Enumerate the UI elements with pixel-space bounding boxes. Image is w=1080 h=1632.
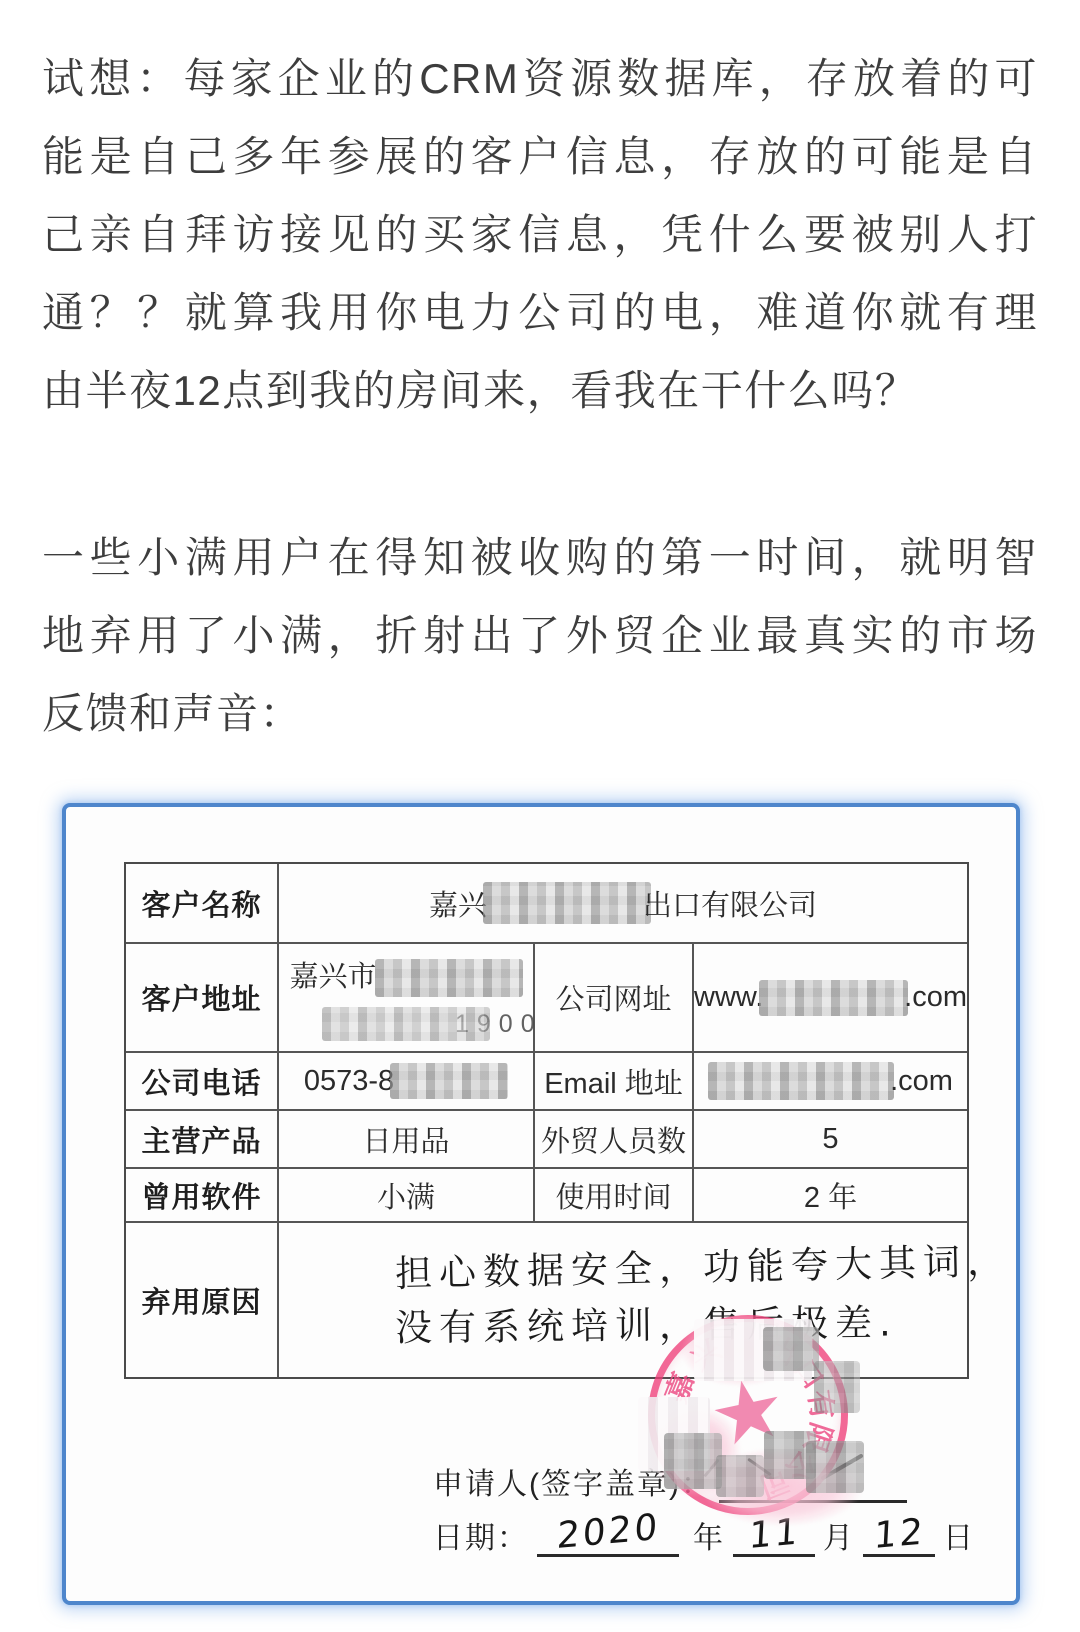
paragraph-line: 试想：每家企业的CRM资源数据库，存放着的可 (42, 40, 1038, 118)
phone-prefix: 0573-8 (304, 1065, 394, 1098)
redaction-block (322, 1007, 490, 1041)
paragraph-user-reaction: 一些小满用户在得知被收购的第一时间，就明智地弃用了小满，折射出了外贸企业最真实的… (42, 519, 1038, 753)
handwritten-day: 12 (873, 1515, 926, 1554)
address-line-1: 嘉兴市 (289, 954, 522, 997)
trade-staff-label: 外贸人员数 (535, 1111, 694, 1169)
abandon-reason-value: 担心数据安全，功能夸大其词， 没有系统培训，售后极差. (279, 1223, 967, 1377)
redaction-block (483, 882, 651, 924)
paragraph-line: 由半夜12点到我的房间来，看我在干什么吗？ (42, 352, 1038, 430)
main-products-label: 主营产品 (126, 1111, 279, 1169)
redaction-block (708, 1062, 894, 1100)
customer-address-value: 1900 嘉兴市 (279, 944, 535, 1053)
customer-name-label: 客户名称 (126, 864, 279, 944)
handwritten-reason-line-1: 担心数据安全，功能夸大其词， (394, 1233, 1011, 1304)
date-day-line: 12 (863, 1520, 935, 1557)
usage-time-value: 2 年 (694, 1169, 967, 1223)
blur-patch (716, 1455, 764, 1497)
date-row: 日期： 2020 年 11 月 12 日 (433, 1513, 975, 1557)
paragraph-line: 能是自己多年参展的客户信息，存放的可能是自 (42, 118, 1038, 196)
year-unit: 年 (693, 1513, 725, 1557)
used-software-value: 小满 (279, 1169, 535, 1223)
redaction-block (759, 980, 908, 1016)
customer-name-value: 嘉兴出口有限公司 (279, 864, 967, 944)
customer-feedback-table: 客户名称 嘉兴出口有限公司 客户地址 1900 嘉兴市 公司网址 (124, 862, 969, 1379)
handwritten-year: 2020 (556, 1511, 661, 1554)
blur-patch (763, 1327, 819, 1371)
paragraph-crm-argument: 试想：每家企业的CRM资源数据库，存放着的可能是自己多年参展的客户信息，存放的可… (42, 40, 1038, 430)
main-products-value: 日用品 (279, 1111, 535, 1169)
redaction-block (390, 1063, 508, 1099)
blur-patch (664, 1433, 722, 1489)
customer-name-prefix: 嘉兴 (429, 883, 487, 924)
scanned-form-paper: 客户名称 嘉兴出口有限公司 客户地址 1900 嘉兴市 公司网址 (66, 807, 1016, 1601)
trade-staff-value: 5 (694, 1111, 967, 1169)
paragraph-line: 通？？就算我用你电力公司的电，难道你就有理 (42, 274, 1038, 352)
date-label: 日期： (433, 1513, 529, 1557)
paragraph-line: 反馈和声音： (42, 675, 1038, 753)
website-prefix: www. (694, 981, 763, 1014)
date-year-line: 2020 (537, 1520, 679, 1557)
paragraph-line: 地弃用了小满，折射出了外贸企业最真实的市场 (42, 597, 1038, 675)
phone-label: 公司电话 (126, 1053, 279, 1111)
customer-name-suffix: 出口有限公司 (643, 883, 817, 924)
usage-time-label: 使用时间 (535, 1169, 694, 1223)
website-value: www..com (694, 944, 967, 1053)
website-suffix: .com (904, 981, 967, 1014)
abandon-reason-label: 弃用原因 (126, 1223, 279, 1377)
website-label: 公司网址 (535, 944, 694, 1053)
email-value: .com (694, 1053, 967, 1111)
day-unit: 日 (943, 1513, 975, 1557)
scanned-form-image: 客户名称 嘉兴出口有限公司 客户地址 1900 嘉兴市 公司网址 (62, 803, 1020, 1605)
email-suffix: .com (890, 1065, 953, 1098)
blur-patch (806, 1441, 864, 1493)
redaction-block (375, 959, 523, 997)
phone-value: 0573-8 (279, 1053, 535, 1111)
address-prefix: 嘉兴市 (289, 961, 376, 993)
email-label: Email 地址 (535, 1053, 694, 1111)
used-software-label: 曾用软件 (126, 1169, 279, 1223)
paragraph-line: 己亲自拜访接见的买家信息，凭什么要被别人打 (42, 196, 1038, 274)
article-page: 试想：每家企业的CRM资源数据库，存放着的可能是自己多年参展的客户信息，存放的可… (0, 0, 1080, 1632)
address-line-2 (322, 1007, 490, 1041)
customer-address-label: 客户地址 (126, 944, 279, 1053)
blur-patch (814, 1361, 860, 1413)
paragraph-line: 一些小满用户在得知被收购的第一时间，就明智 (42, 519, 1038, 597)
